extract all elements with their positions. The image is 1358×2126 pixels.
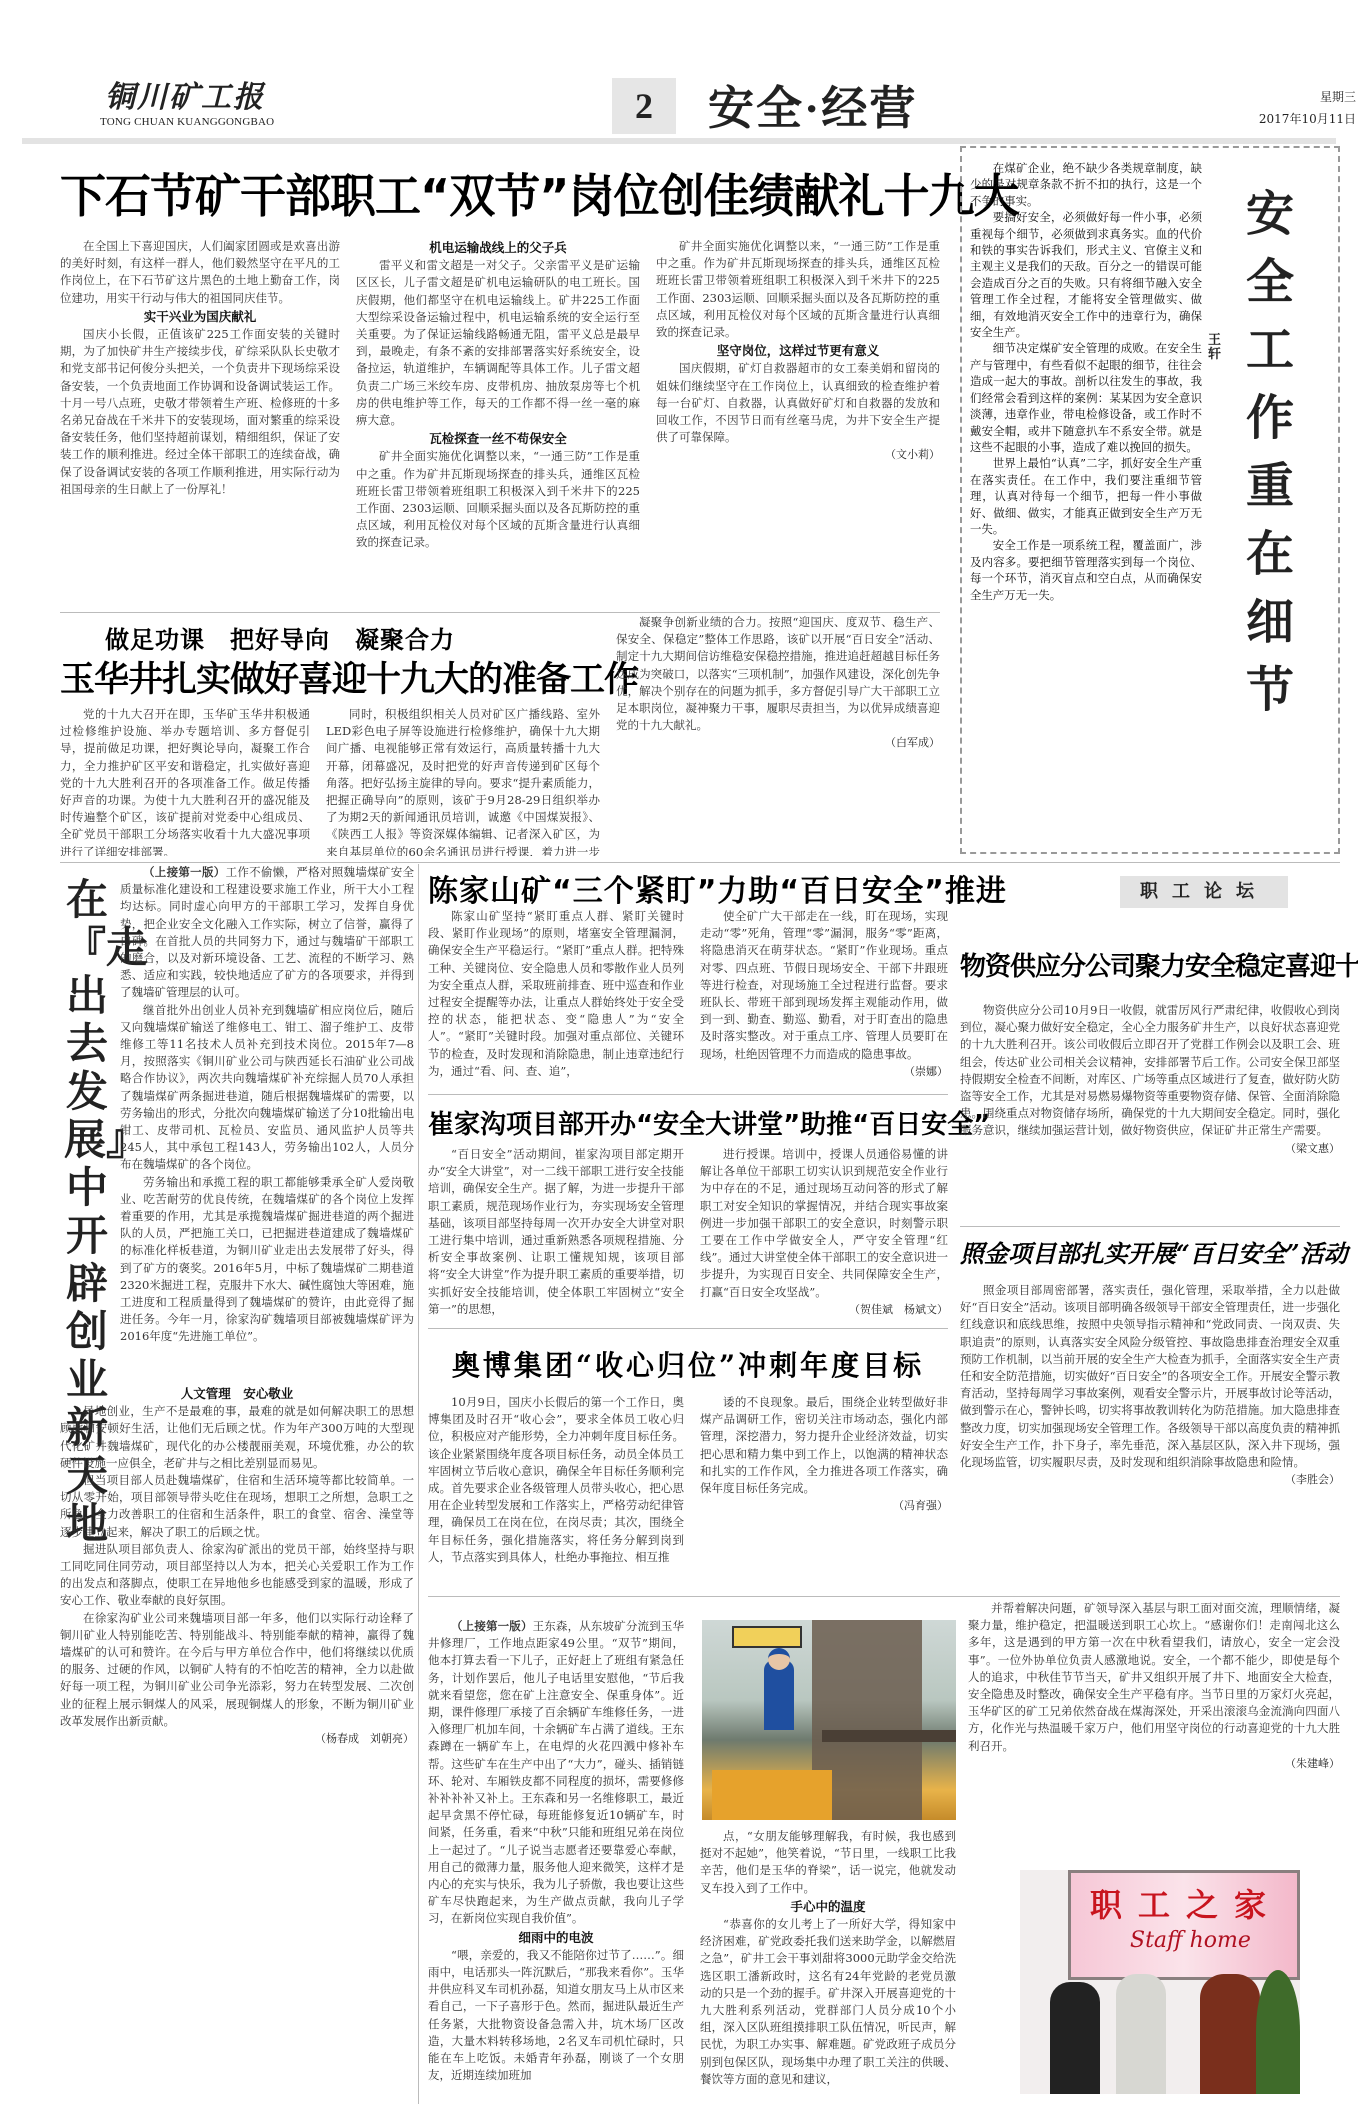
article3-col-top: （上接第一版）工作不偷懒，严格对照魏墙煤矿安全质量标准化建设和工程建设要求施工作…	[120, 864, 414, 1384]
column-label-staff-forum: 职工论坛	[1120, 876, 1288, 908]
article3-paragraph: 异地创业，生产不是最难的事，最难的就是如何解决职工的思想顾虑和安顿好生活，让他们…	[60, 1403, 414, 1472]
article8-byline: （李胜会）	[960, 1471, 1340, 1488]
staff-home-photo: 职工之家 Staff home	[1020, 1870, 1300, 2094]
article1-col1-body: 国庆小长假，正值该矿225工作面安装的关键时期，为了加快矿井生产接续步伐，矿综采…	[60, 326, 340, 498]
article8-body: 照金项目部周密部署，落实责任，强化管理，采取举措，全力以赴做好“百日安全”活动。…	[960, 1282, 1340, 1588]
article3-col-bottom: 人文管理 安心敬业 异地创业，生产不是最难的事，最难的就是如何解决职工的思想顾虑…	[60, 1384, 414, 2084]
paper-logo: 铜川矿工报	[105, 72, 265, 116]
article9-lead: （上接第一版）	[451, 1619, 533, 1633]
staff-home-sign-en: Staff home	[1130, 1928, 1251, 1953]
article1-col1: 在全国上下喜迎国庆，人们阖家团圆或是欢喜出游的美好时刻，有这样一群人，他们毅然坚…	[60, 238, 340, 604]
divider	[428, 1596, 1340, 1597]
section-title: 安全·经营	[708, 72, 917, 138]
article2-col1: 党的十九大召开在即，玉华矿玉华井积极通过检修维护设施、举办专题培训、多方督促引导…	[60, 706, 310, 856]
article1-col3: 矿井全面实施优化调整以来，“一通三防”工作是重中之重。作为矿井瓦斯现场探查的排头…	[656, 238, 940, 604]
article3-subhead: 人文管理 安心敬业	[60, 1385, 414, 1402]
forklift-worker-photo	[702, 1620, 956, 1820]
weekday: 星期三	[1296, 88, 1356, 105]
article1-subhead-2: 机电运输战线上的父子兵	[356, 239, 640, 256]
article3-paragraph: 劳务输出和承揽工程的职工都能够秉承全矿人爱岗敬业、吃苦耐劳的优良传统，在魏墙煤矿…	[120, 1174, 414, 1346]
issue-date: 2017年10月11日	[1236, 110, 1356, 127]
column-rule	[418, 864, 419, 2104]
article9-col2-body: 点，“女朋友能够理解我，有时候，我也感到挺对不起她”，他笑着说，“节日里，一线职…	[700, 1828, 956, 1897]
article9-byline: （朱建峰）	[968, 1755, 1340, 1772]
article5-byline: （贺佳斌 杨斌文）	[700, 1301, 948, 1318]
commentary-author: 王轩	[1208, 334, 1224, 362]
article1-headline: 下石节矿干部职工“双节”岗位创佳绩献礼十九大	[60, 160, 940, 226]
article2-headline: 玉华井扎实做好喜迎十九大的准备工作	[60, 652, 600, 702]
article1-subhead-3: 瓦检探查一丝不苟保安全	[356, 430, 640, 447]
article1-col2-body: 雷平义和雷文超是一对父子。父亲雷平义是矿运输区区长，儿子雷文超是矿机电运输研队的…	[356, 257, 640, 429]
article1-col3-body: 国庆假期，矿灯自救器超市的女工秦美娟和留岗的姐妹们继续坚守在工作岗位上，认真细致…	[656, 360, 940, 446]
article1-intro: 在全国上下喜迎国庆，人们阖家团圆或是欢喜出游的美好时刻，有这样一群人，他们毅然坚…	[60, 238, 340, 307]
article3-paragraph: 继首批外出创业人员补充到魏墙矿相应岗位后，随后又向魏墙煤矿输送了维修电工、钳工、…	[120, 1002, 414, 1174]
article9-col1-body: 王东森，从东坡矿分流到玉华井修理厂，工作地点距家49公里。“双节”期间，他本打算…	[428, 1619, 684, 1925]
commentary-paragraph: 在煤矿企业，绝不缺少各类规章制度，缺少的是对规章条款不折不扣的执行，这是一个不争…	[970, 160, 1202, 209]
article3-byline: （杨春成 刘朝亮）	[60, 1730, 414, 1747]
article4-headline: 陈家山矿“三个紧盯”力助“百日安全”推进	[428, 866, 948, 910]
article2-col3: 凝聚争创新业绩的合力。按照“迎国庆、度双节、稳生产、保安全、保稳定”整体工作思路…	[616, 614, 940, 854]
article7-headline: 物资供应分公司聚力安全稳定喜迎十九大	[960, 946, 1340, 983]
article5-headline: 崔家沟项目部开办“安全大讲堂”助推“百日安全”	[428, 1104, 948, 1141]
article2-byline: （白军成）	[616, 734, 940, 751]
article3-paragraph: 工作不偷懒，严格对照魏墙煤矿安全质量标准化建设和工程建设要求施工作业，所干大小工…	[120, 865, 414, 999]
commentary-body: 在煤矿企业，绝不缺少各类规章制度，缺少的是对规章条款不折不扣的执行，这是一个不争…	[970, 160, 1202, 850]
divider	[60, 612, 940, 613]
article9-col2-body2: “恭喜你的女儿考上了一所好大学，得知家中经济困难，矿党政委托我们送来助学金，以解…	[700, 1916, 956, 2088]
article6-byline: （冯育强）	[700, 1497, 948, 1514]
article3-paragraph: 掘进队项目部负责人、徐家沟矿派出的党员干部，始终坚持与职工同吃同住同劳动，项目部…	[60, 1541, 414, 1610]
article5-col2: 进行授课。培训中，授课人员通俗易懂的讲解让各单位干部职工切实认识到规范安全作业行…	[700, 1146, 948, 1320]
divider	[428, 1094, 948, 1095]
article8-headline: 照金项目部扎实开展“百日安全”活动	[960, 1234, 1340, 1269]
paper-logo-english: TONG CHUAN KUANGGONGBAO	[100, 116, 274, 128]
article1-col2-body2: 矿井全面实施优化调整以来，“一通三防”工作是重中之重。作为矿井瓦斯现场探查的排头…	[356, 448, 640, 551]
commentary-paragraph: 世界上最怕“认真”二字，抓好安全生产重在落实责任。在工作中，我们要注重细节管理，…	[970, 455, 1202, 537]
article4-col2-body: 使全矿广大干部走在一线，盯在现场，实现走动“零”死角，管理“零”漏洞，服务“零”…	[700, 908, 948, 1063]
article8-body-text: 照金项目部周密部署，落实责任，强化管理，采取举措，全力以赴做好“百日安全”活动。…	[960, 1282, 1340, 1471]
divider	[960, 1226, 1340, 1227]
article4-col2: 使全矿广大干部走在一线，盯在现场，实现走动“零”死角，管理“零”漏洞，服务“零”…	[700, 908, 948, 1090]
article3-lead: （上接第一版）	[143, 865, 226, 879]
article5-col1: “百日安全”活动期间，崔家沟项目部定期开办“安全大讲堂”，对一二线干部职工进行安…	[428, 1146, 684, 1320]
staff-home-sign: 职工之家	[1090, 1880, 1282, 1926]
article7-byline: （梁文惠）	[960, 1140, 1340, 1157]
article6-headline: 奥博集团“收心归位”冲刺年度目标	[428, 1344, 948, 1384]
article3-paragraph: 在徐家沟矿业公司来魏墙项目部一年多，他们以实际行动诠释了铜川矿业人特别能吃苦、特…	[60, 1610, 414, 1730]
page-number: 2	[612, 78, 676, 134]
article1-col2: 机电运输战线上的父子兵 雷平义和雷文超是一对父子。父亲雷平义是矿运输区区长，儿子…	[356, 238, 640, 604]
article5-col2-body: 进行授课。培训中，授课人员通俗易懂的讲解让各单位干部职工切实认识到规范安全作业行…	[700, 1146, 948, 1301]
article7-body: 物资供应分公司10月9日一收假，就雷厉风行严肃纪律，收假收心到岗到位，凝心聚力做…	[960, 1002, 1340, 1220]
article6-col2-body: 诿的不良现象。最后，围绕企业转型做好非煤产品调研工作，密切关注市场动态，强化内部…	[700, 1394, 948, 1497]
commentary-paragraph: 细节决定煤矿安全管理的成败。在安全生产与管理中，有些看似不起眼的细节，往往会造成…	[970, 340, 1202, 455]
article9-col3-body: 并帮着解决问题，矿领导深入基层与职工面对面交流，理顺情绪，凝聚力量，维护稳定，把…	[968, 1600, 1340, 1755]
article9-subhead-1: 细雨中的电波	[428, 1929, 684, 1946]
article6-col2: 诿的不良现象。最后，围绕企业转型做好非煤产品调研工作，密切关注市场动态，强化内部…	[700, 1394, 948, 1586]
article9-col1: （上接第一版）王东森，从东坡矿分流到玉华井修理厂，工作地点距家49公里。“双节”…	[428, 1618, 684, 2108]
article7-body-text: 物资供应分公司10月9日一收假，就雷厉风行严肃纪律，收假收心到岗到位，凝心聚力做…	[960, 1002, 1340, 1140]
masthead-divider	[22, 138, 1336, 144]
article2-col2: 同时，积极组织相关人员对矿区广播线路、室外LED彩色电子屏等设施进行检修维护，确…	[326, 706, 600, 856]
article2-kicker: 做足功课 把好导向 凝聚合力	[60, 620, 500, 655]
commentary-paragraph: 安全工作是一项系统工程，覆盖面广，涉及内容多。要把细节管理落实到每一个岗位、每一…	[970, 537, 1202, 603]
article1-col3-lead: 矿井全面实施优化调整以来，“一通三防”工作是重中之重。作为矿井瓦斯现场探查的排头…	[656, 238, 940, 341]
article1-byline: （文小莉）	[656, 446, 940, 463]
article9-subhead-2: 手心中的温度	[700, 1898, 956, 1915]
article9-col3: 并帮着解决问题，矿领导深入基层与职工面对面交流，理顺情绪，凝聚力量，维护稳定，把…	[968, 1600, 1340, 1854]
article6-col1: 10月9日，国庆小长假后的第一个工作日，奥博集团及时召开“收心会”，要求全体员工…	[428, 1394, 684, 1586]
article1-subhead-4: 坚守岗位，这样过节更有意义	[656, 342, 940, 359]
divider	[428, 1328, 948, 1329]
commentary-paragraph: 要搞好安全，必须做好每一件小事，必须重视每个细节，必须做到求真务实。血的代价和铁…	[970, 209, 1202, 340]
article9-col2: 点，“女朋友能够理解我，有时候，我也感到挺对不起她”，他笑着说，“节日里，一线职…	[700, 1828, 956, 2108]
article9-col1-body2: “喂，亲爱的，我又不能陪你过节了……”。细雨中，电话那头一阵沉默后，“那我来看你…	[428, 1947, 684, 2085]
article2-col3-body: 凝聚争创新业绩的合力。按照“迎国庆、度双节、稳生产、保安全、保稳定”整体工作思路…	[616, 614, 940, 734]
article1-subhead-1: 实干兴业为国庆献礼	[60, 308, 340, 325]
divider	[60, 862, 1340, 863]
article3-paragraph: 但当项目部人员赴魏墙煤矿，住宿和生活环境等都比较简单。一切从零开始，项目部领导带…	[60, 1472, 414, 1541]
article4-byline: （崇娜）	[700, 1063, 948, 1080]
commentary-title: 安全工作重在细节	[1240, 180, 1300, 724]
article4-col1: 陈家山矿坚持“紧盯重点人群、紧盯关键时段、紧盯作业现场”的原则，堵塞安全管理漏洞…	[428, 908, 684, 1090]
